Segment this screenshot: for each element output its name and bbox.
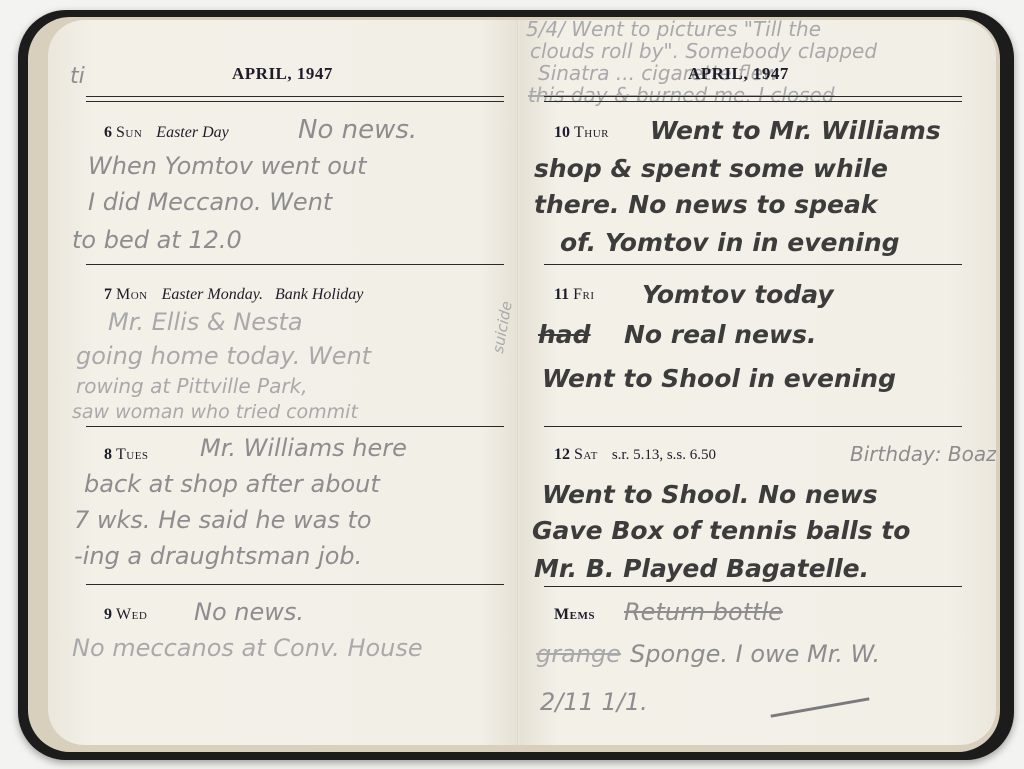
month-header: APRIL, 1947 [232,64,333,84]
day-label: 9Wed [104,606,147,624]
handwritten-line: -ing a draughtsman job. [74,538,362,575]
handwritten-line: Went to Shool in evening [542,360,896,397]
handwritten-line: Went to Mr. Williams [650,112,941,149]
month-header: APRIL, 1947 [688,64,789,84]
weekday: Sun [116,124,142,141]
handwritten-line: of. Yomtov in in evening [560,224,900,261]
handwritten-line: No news. [194,594,304,631]
day-number: 6 [104,124,112,141]
header-rule [544,96,962,102]
handwritten-line: No real news. [624,316,816,353]
day-label: 6SunEaster Day [104,124,229,142]
handwritten-line: back at shop after about [84,466,380,503]
handwritten-line: this day & burned me. I closed [528,82,835,108]
pencil-stroke [770,697,869,717]
struck-memo: Return bottle [624,594,783,631]
handwritten-line: Mr. Williams here [200,430,407,467]
weekday: Mon [116,286,148,303]
day-divider [544,426,962,427]
day-number: 9 [104,606,112,623]
mems-label: Mems [554,606,595,624]
handwritten-line: No news. [298,112,417,149]
handwritten-line: Went to Shool. No news [542,476,878,513]
margin-mark: ti [70,58,85,95]
day-number: 12 [554,446,570,463]
handwritten-line: I did Meccano. Went [88,184,332,221]
day-number: 10 [554,124,570,141]
handwritten-line: Mr. B. Played Bagatelle. [534,550,869,587]
header-rule [86,96,504,102]
struck-memo-prefix: grange [536,636,621,673]
right-page: 5/4/ Went to pictures "Till the clouds r… [520,20,996,745]
day-label: 10Thur [554,124,609,142]
handwritten-line: Yomtov today [642,276,834,313]
day-divider [86,264,504,265]
handwritten-line: 7 wks. He said he was to [74,502,372,539]
sunrise-sunset: s.r. 5.13, s.s. 6.50 [612,447,716,463]
day-label: 8Tues [104,446,149,464]
struck-word: had [538,316,591,353]
weekday: Sat [574,446,598,463]
handwritten-line: When Yomtov went out [88,148,367,185]
handwritten-line: to bed at 12.0 [72,222,242,259]
printed-holiday-note: Easter Monday. Bank Holiday [162,286,364,303]
day-label: 12Sats.r. 5.13, s.s. 6.50 [554,446,716,464]
printed-holiday-note: Easter Day [156,124,228,141]
left-page: ti APRIL, 1947 6SunEaster Day No news. W… [48,20,518,745]
handwritten-line: there. No news to speak [534,186,877,223]
handwritten-line: Gave Box of tennis balls to [532,512,910,549]
weekday: Fri [573,286,594,303]
day-divider [544,586,962,587]
day-number: 11 [554,286,569,303]
handwritten-line: Mr. Ellis & Nesta [108,304,303,341]
day-label: 11Fri [554,286,595,304]
day-divider [544,264,962,265]
weekday: Tues [116,446,149,463]
handwritten-line: 2/11 1/1. [540,684,648,721]
day-number: 8 [104,446,112,463]
mems-heading: Mems [554,606,595,623]
vertical-margin-note: suicide [480,298,518,356]
day-number: 7 [104,286,112,303]
handwritten-line: No meccanos at Conv. House [72,630,423,667]
day-divider [86,584,504,585]
handwritten-line: shop & spent some while [534,150,888,187]
handwritten-line: Sponge. I owe Mr. W. [630,636,880,673]
birthday-note: Birthday: Boaz [850,436,996,473]
day-divider [86,426,504,427]
weekday: Thur [574,124,609,141]
day-label: 7MonEaster Monday. Bank Holiday [104,286,363,304]
weekday: Wed [116,606,147,623]
